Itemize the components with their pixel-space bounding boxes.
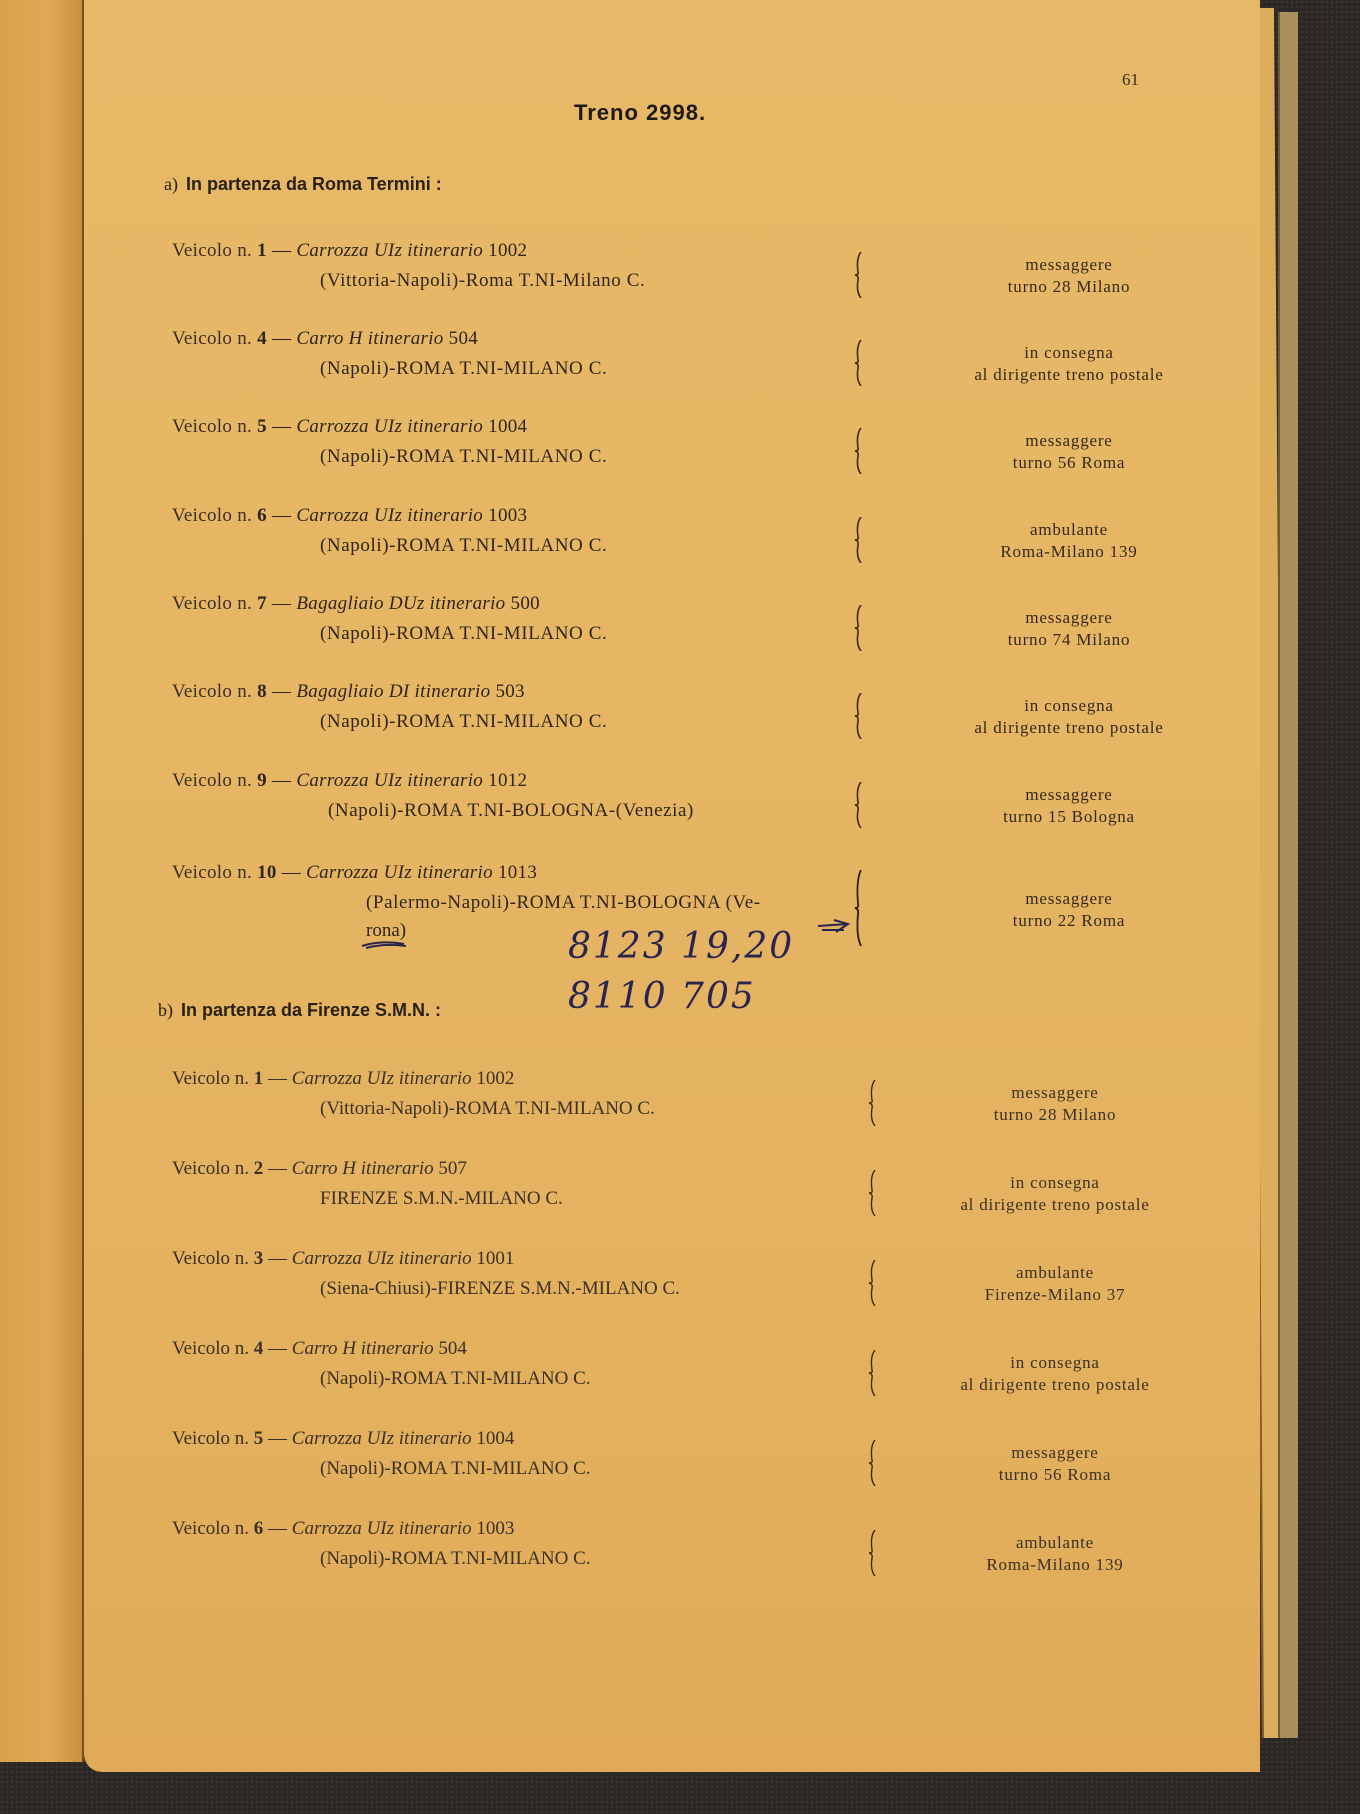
section-label: In partenza da Firenze S.M.N. :: [181, 1000, 441, 1020]
vehicle-label: Veicolo n.: [172, 1518, 249, 1539]
vehicle-header: Veicolo n. 1 — Carrozza UIz itinerario 1…: [172, 240, 527, 262]
dash: —: [272, 505, 291, 526]
vehicle-type: Bagagliaio DUz itinerario: [296, 593, 505, 614]
assignment-role: ambulante: [870, 1262, 1240, 1284]
section-heading-a: a)In partenza da Roma Termini :: [164, 174, 442, 195]
vehicle-route: (Napoli)-ROMA T.NI-MILANO C.: [320, 1548, 591, 1570]
vehicle-route: (Napoli)-ROMA T.NI-MILANO C.: [320, 358, 607, 380]
vehicle-label: Veicolo n.: [172, 416, 252, 437]
itinerary-number: 1004: [488, 416, 527, 437]
vehicle-type: Carro H itinerario: [292, 1158, 434, 1179]
assignment-detail: turno 15 Bologna: [884, 806, 1254, 828]
assignment: in consegnaal dirigente treno postale: [884, 695, 1254, 739]
vehicle-number: 6: [254, 1518, 264, 1539]
vehicle-label: Veicolo n.: [172, 505, 252, 526]
assignment-detail: al dirigente treno postale: [870, 1374, 1240, 1396]
vehicle-number: 4: [254, 1338, 264, 1359]
page-title: Treno 2998.: [574, 100, 706, 126]
brace-icon: [854, 782, 864, 828]
vehicle-number: 9: [257, 770, 267, 791]
assignment-detail: Firenze-Milano 37: [870, 1284, 1240, 1306]
vehicle-entry: Veicolo n. 9 — Carrozza UIz itinerario 1…: [84, 770, 1260, 860]
vehicle-header: Veicolo n. 8 — Bagagliaio DI itinerario …: [172, 681, 525, 703]
brace-icon: [854, 605, 864, 651]
itinerary-number: 1004: [476, 1428, 514, 1449]
brace-icon: [854, 693, 864, 739]
vehicle-label: Veicolo n.: [172, 862, 252, 883]
assignment-detail: turno 56 Roma: [884, 452, 1254, 474]
brace-icon: [854, 252, 864, 298]
vehicle-route: (Napoli)-ROMA T.NI-BOLOGNA-(Venezia): [328, 800, 694, 822]
vehicle-type: Carrozza UIz itinerario: [292, 1248, 472, 1269]
handwritten-note-2: 8110 705: [568, 976, 756, 1017]
vehicle-route: (Siena-Chiusi)-FIRENZE S.M.N.-MILANO C.: [320, 1278, 680, 1300]
vehicle-type: Carrozza UIz itinerario: [292, 1428, 472, 1449]
vehicle-label: Veicolo n.: [172, 1158, 249, 1179]
assignment: messaggereturno 28 Milano: [884, 254, 1254, 298]
vehicle-entry: Veicolo n. 4 — Carro H itinerario 504 (N…: [84, 328, 1260, 418]
vehicle-label: Veicolo n.: [172, 240, 252, 261]
vehicle-number: 5: [254, 1428, 264, 1449]
assignment-role: in consegna: [870, 1352, 1240, 1374]
vehicle-number: 2: [254, 1158, 264, 1179]
brace-icon: [854, 517, 864, 563]
vehicle-label: Veicolo n.: [172, 593, 252, 614]
itinerary-number: 1002: [476, 1068, 514, 1089]
vehicle-label: Veicolo n.: [172, 328, 252, 349]
vehicle-header: Veicolo n. 7 — Bagagliaio DUz itinerario…: [172, 593, 540, 615]
itinerary-number: 507: [438, 1158, 467, 1179]
assignment-role: messaggere: [870, 1082, 1240, 1104]
brace-icon: [854, 428, 864, 474]
assignment-role: ambulante: [884, 519, 1254, 541]
pen-arrow-mark: [814, 916, 854, 936]
vehicle-number: 8: [257, 681, 267, 702]
section-heading-b: b)In partenza da Firenze S.M.N. :: [158, 1000, 441, 1021]
dash: —: [272, 416, 291, 437]
vehicle-route: (Napoli)-ROMA T.NI-MILANO C.: [320, 535, 607, 557]
vehicle-route: (Palermo-Napoli)-ROMA T.NI-BOLOGNA (Ve-: [366, 892, 761, 914]
itinerary-number: 1002: [488, 240, 527, 261]
vehicle-entry: Veicolo n. 3 — Carrozza UIz itinerario 1…: [84, 1248, 1260, 1338]
handwritten-note-1: 8123 19,20: [568, 926, 794, 967]
vehicle-header: Veicolo n. 6 — Carrozza UIz itinerario 1…: [172, 505, 527, 527]
vehicle-header: Veicolo n. 5 — Carrozza UIz itinerario 1…: [172, 1428, 514, 1450]
assignment-detail: al dirigente treno postale: [884, 364, 1254, 386]
vehicle-header: Veicolo n. 4 — Carro H itinerario 504: [172, 328, 478, 350]
section-letter: a): [164, 174, 178, 194]
vehicle-header: Veicolo n. 6 — Carrozza UIz itinerario 1…: [172, 1518, 514, 1540]
vehicle-header: Veicolo n. 1 — Carrozza UIz itinerario 1…: [172, 1068, 514, 1090]
vehicle-route: (Napoli)-ROMA T.NI-MILANO C.: [320, 711, 607, 733]
itinerary-number: 504: [449, 328, 478, 349]
assignment-detail: Roma-Milano 139: [870, 1554, 1240, 1576]
vehicle-type: Carro H itinerario: [296, 328, 443, 349]
vehicle-entry: Veicolo n. 5 — Carrozza UIz itinerario 1…: [84, 416, 1260, 506]
itinerary-number: 1001: [476, 1248, 514, 1269]
assignment: ambulanteFirenze-Milano 37: [870, 1262, 1240, 1306]
vehicle-number: 7: [257, 593, 267, 614]
assignment-role: messaggere: [884, 607, 1254, 629]
vehicle-route: (Napoli)-ROMA T.NI-MILANO C.: [320, 623, 607, 645]
dash: —: [272, 681, 291, 702]
vehicle-label: Veicolo n.: [172, 1068, 249, 1089]
dash: —: [272, 328, 291, 349]
assignment-role: messaggere: [884, 784, 1254, 806]
vehicle-entry: Veicolo n. 8 — Bagagliaio DI itinerario …: [84, 681, 1260, 771]
vehicle-header: Veicolo n. 2 — Carro H itinerario 507: [172, 1158, 467, 1180]
brace-icon: [854, 870, 864, 946]
dash: —: [268, 1518, 287, 1539]
dash: —: [268, 1158, 287, 1179]
dash: —: [268, 1428, 287, 1449]
itinerary-number: 504: [438, 1338, 467, 1359]
vehicle-type: Carro H itinerario: [292, 1338, 434, 1359]
dash: —: [268, 1338, 287, 1359]
assignment-role: in consegna: [884, 342, 1254, 364]
vehicle-entry: Veicolo n. 1 — Carrozza UIz itinerario 1…: [84, 1068, 1260, 1158]
assignment-detail: turno 74 Milano: [884, 629, 1254, 651]
itinerary-number: 500: [511, 593, 540, 614]
vehicle-label: Veicolo n.: [172, 1428, 249, 1449]
itinerary-number: 1003: [488, 505, 527, 526]
vehicle-route: FIRENZE S.M.N.-MILANO C.: [320, 1188, 563, 1210]
vehicle-label: Veicolo n.: [172, 1338, 249, 1359]
vehicle-number: 3: [254, 1248, 264, 1269]
vehicle-number: 4: [257, 328, 267, 349]
vehicle-number: 10: [257, 862, 277, 883]
vehicle-type: Carrozza UIz itinerario: [292, 1518, 472, 1539]
pen-arrow-mark: [360, 938, 410, 952]
itinerary-number: 1013: [498, 862, 537, 883]
vehicle-entry: Veicolo n. 6 — Carrozza UIz itinerario 1…: [84, 505, 1260, 595]
assignment-role: messaggere: [884, 430, 1254, 452]
vehicle-route: (Vittoria-Napoli)-Roma T.NI-Milano C.: [320, 270, 645, 292]
dash: —: [272, 240, 291, 261]
itinerary-number: 1003: [476, 1518, 514, 1539]
assignment-detail: al dirigente treno postale: [884, 717, 1254, 739]
vehicle-entry: Veicolo n. 1 — Carrozza UIz itinerario 1…: [84, 240, 1260, 330]
assignment: ambulanteRoma-Milano 139: [870, 1532, 1240, 1576]
assignment-role: messaggere: [884, 254, 1254, 276]
section-letter: b): [158, 1000, 173, 1020]
vehicle-type: Carrozza UIz itinerario: [296, 240, 483, 261]
vehicle-label: Veicolo n.: [172, 1248, 249, 1269]
vehicle-number: 1: [254, 1068, 264, 1089]
vehicle-type: Bagagliaio DI itinerario: [296, 681, 490, 702]
assignment: ambulanteRoma-Milano 139: [884, 519, 1254, 563]
vehicle-type: Carrozza UIz itinerario: [306, 862, 493, 883]
assignment-detail: Roma-Milano 139: [884, 541, 1254, 563]
vehicle-label: Veicolo n.: [172, 770, 252, 791]
assignment: in consegnaal dirigente treno postale: [870, 1172, 1240, 1216]
assignment: in consegnaal dirigente treno postale: [870, 1352, 1240, 1396]
vehicle-entry: Veicolo n. 2 — Carro H itinerario 507 FI…: [84, 1158, 1260, 1248]
dash: —: [268, 1068, 287, 1089]
vehicle-header: Veicolo n. 4 — Carro H itinerario 504: [172, 1338, 467, 1360]
vehicle-type: Carrozza UIz itinerario: [296, 416, 483, 437]
brace-icon: [854, 340, 864, 386]
assignment-detail: turno 56 Roma: [870, 1464, 1240, 1486]
vehicle-entry: Veicolo n. 5 — Carrozza UIz itinerario 1…: [84, 1428, 1260, 1518]
assignment-role: in consegna: [870, 1172, 1240, 1194]
vehicle-label: Veicolo n.: [172, 681, 252, 702]
book-page: 61 Treno 2998. a)In partenza da Roma Ter…: [84, 0, 1260, 1772]
vehicle-entry: Veicolo n. 6 — Carrozza UIz itinerario 1…: [84, 1518, 1260, 1608]
vehicle-type: Carrozza UIz itinerario: [296, 505, 483, 526]
dash: —: [272, 770, 291, 791]
assignment-detail: turno 28 Milano: [870, 1104, 1240, 1126]
vehicle-number: 6: [257, 505, 267, 526]
vehicle-number: 5: [257, 416, 267, 437]
vehicle-route: (Napoli)-ROMA T.NI-MILANO C.: [320, 446, 607, 468]
assignment-detail: al dirigente treno postale: [870, 1194, 1240, 1216]
page-number: 61: [1122, 70, 1139, 90]
assignment: messaggereturno 56 Roma: [870, 1442, 1240, 1486]
vehicle-entry: Veicolo n. 4 — Carro H itinerario 504 (N…: [84, 1338, 1260, 1428]
vehicle-route: (Napoli)-ROMA T.NI-MILANO C.: [320, 1368, 591, 1390]
assignment-role: messaggere: [884, 888, 1254, 910]
vehicle-header: Veicolo n. 9 — Carrozza UIz itinerario 1…: [172, 770, 527, 792]
vehicle-entry: Veicolo n. 7 — Bagagliaio DUz itinerario…: [84, 593, 1260, 683]
vehicle-type: Carrozza UIz itinerario: [296, 770, 483, 791]
vehicle-header: Veicolo n. 3 — Carrozza UIz itinerario 1…: [172, 1248, 514, 1270]
assignment-detail: turno 28 Milano: [884, 276, 1254, 298]
dash: —: [282, 862, 301, 883]
vehicle-route: (Vittoria-Napoli)-ROMA T.NI-MILANO C.: [320, 1098, 655, 1120]
left-page-edge: [0, 0, 84, 1762]
itinerary-number: 503: [495, 681, 524, 702]
assignment: messaggereturno 28 Milano: [870, 1082, 1240, 1126]
vehicle-type: Carrozza UIz itinerario: [292, 1068, 472, 1089]
vehicle-header: Veicolo n. 5 — Carrozza UIz itinerario 1…: [172, 416, 527, 438]
assignment-role: ambulante: [870, 1532, 1240, 1554]
vehicle-header: Veicolo n. 10 — Carrozza UIz itinerario …: [172, 862, 537, 884]
assignment-role: messaggere: [870, 1442, 1240, 1464]
vehicle-route: (Napoli)-ROMA T.NI-MILANO C.: [320, 1458, 591, 1480]
assignment: messaggereturno 22 Roma: [884, 888, 1254, 932]
section-label: In partenza da Roma Termini :: [186, 174, 442, 194]
assignment: messaggereturno 56 Roma: [884, 430, 1254, 474]
assignment: in consegnaal dirigente treno postale: [884, 342, 1254, 386]
assignment-detail: turno 22 Roma: [884, 910, 1254, 932]
dash: —: [268, 1248, 287, 1269]
vehicle-number: 1: [257, 240, 267, 261]
dash: —: [272, 593, 291, 614]
page-stack-edge-back: [1278, 12, 1298, 1738]
assignment-role: in consegna: [884, 695, 1254, 717]
itinerary-number: 1012: [488, 770, 527, 791]
assignment: messaggereturno 74 Milano: [884, 607, 1254, 651]
assignment: messaggereturno 15 Bologna: [884, 784, 1254, 828]
